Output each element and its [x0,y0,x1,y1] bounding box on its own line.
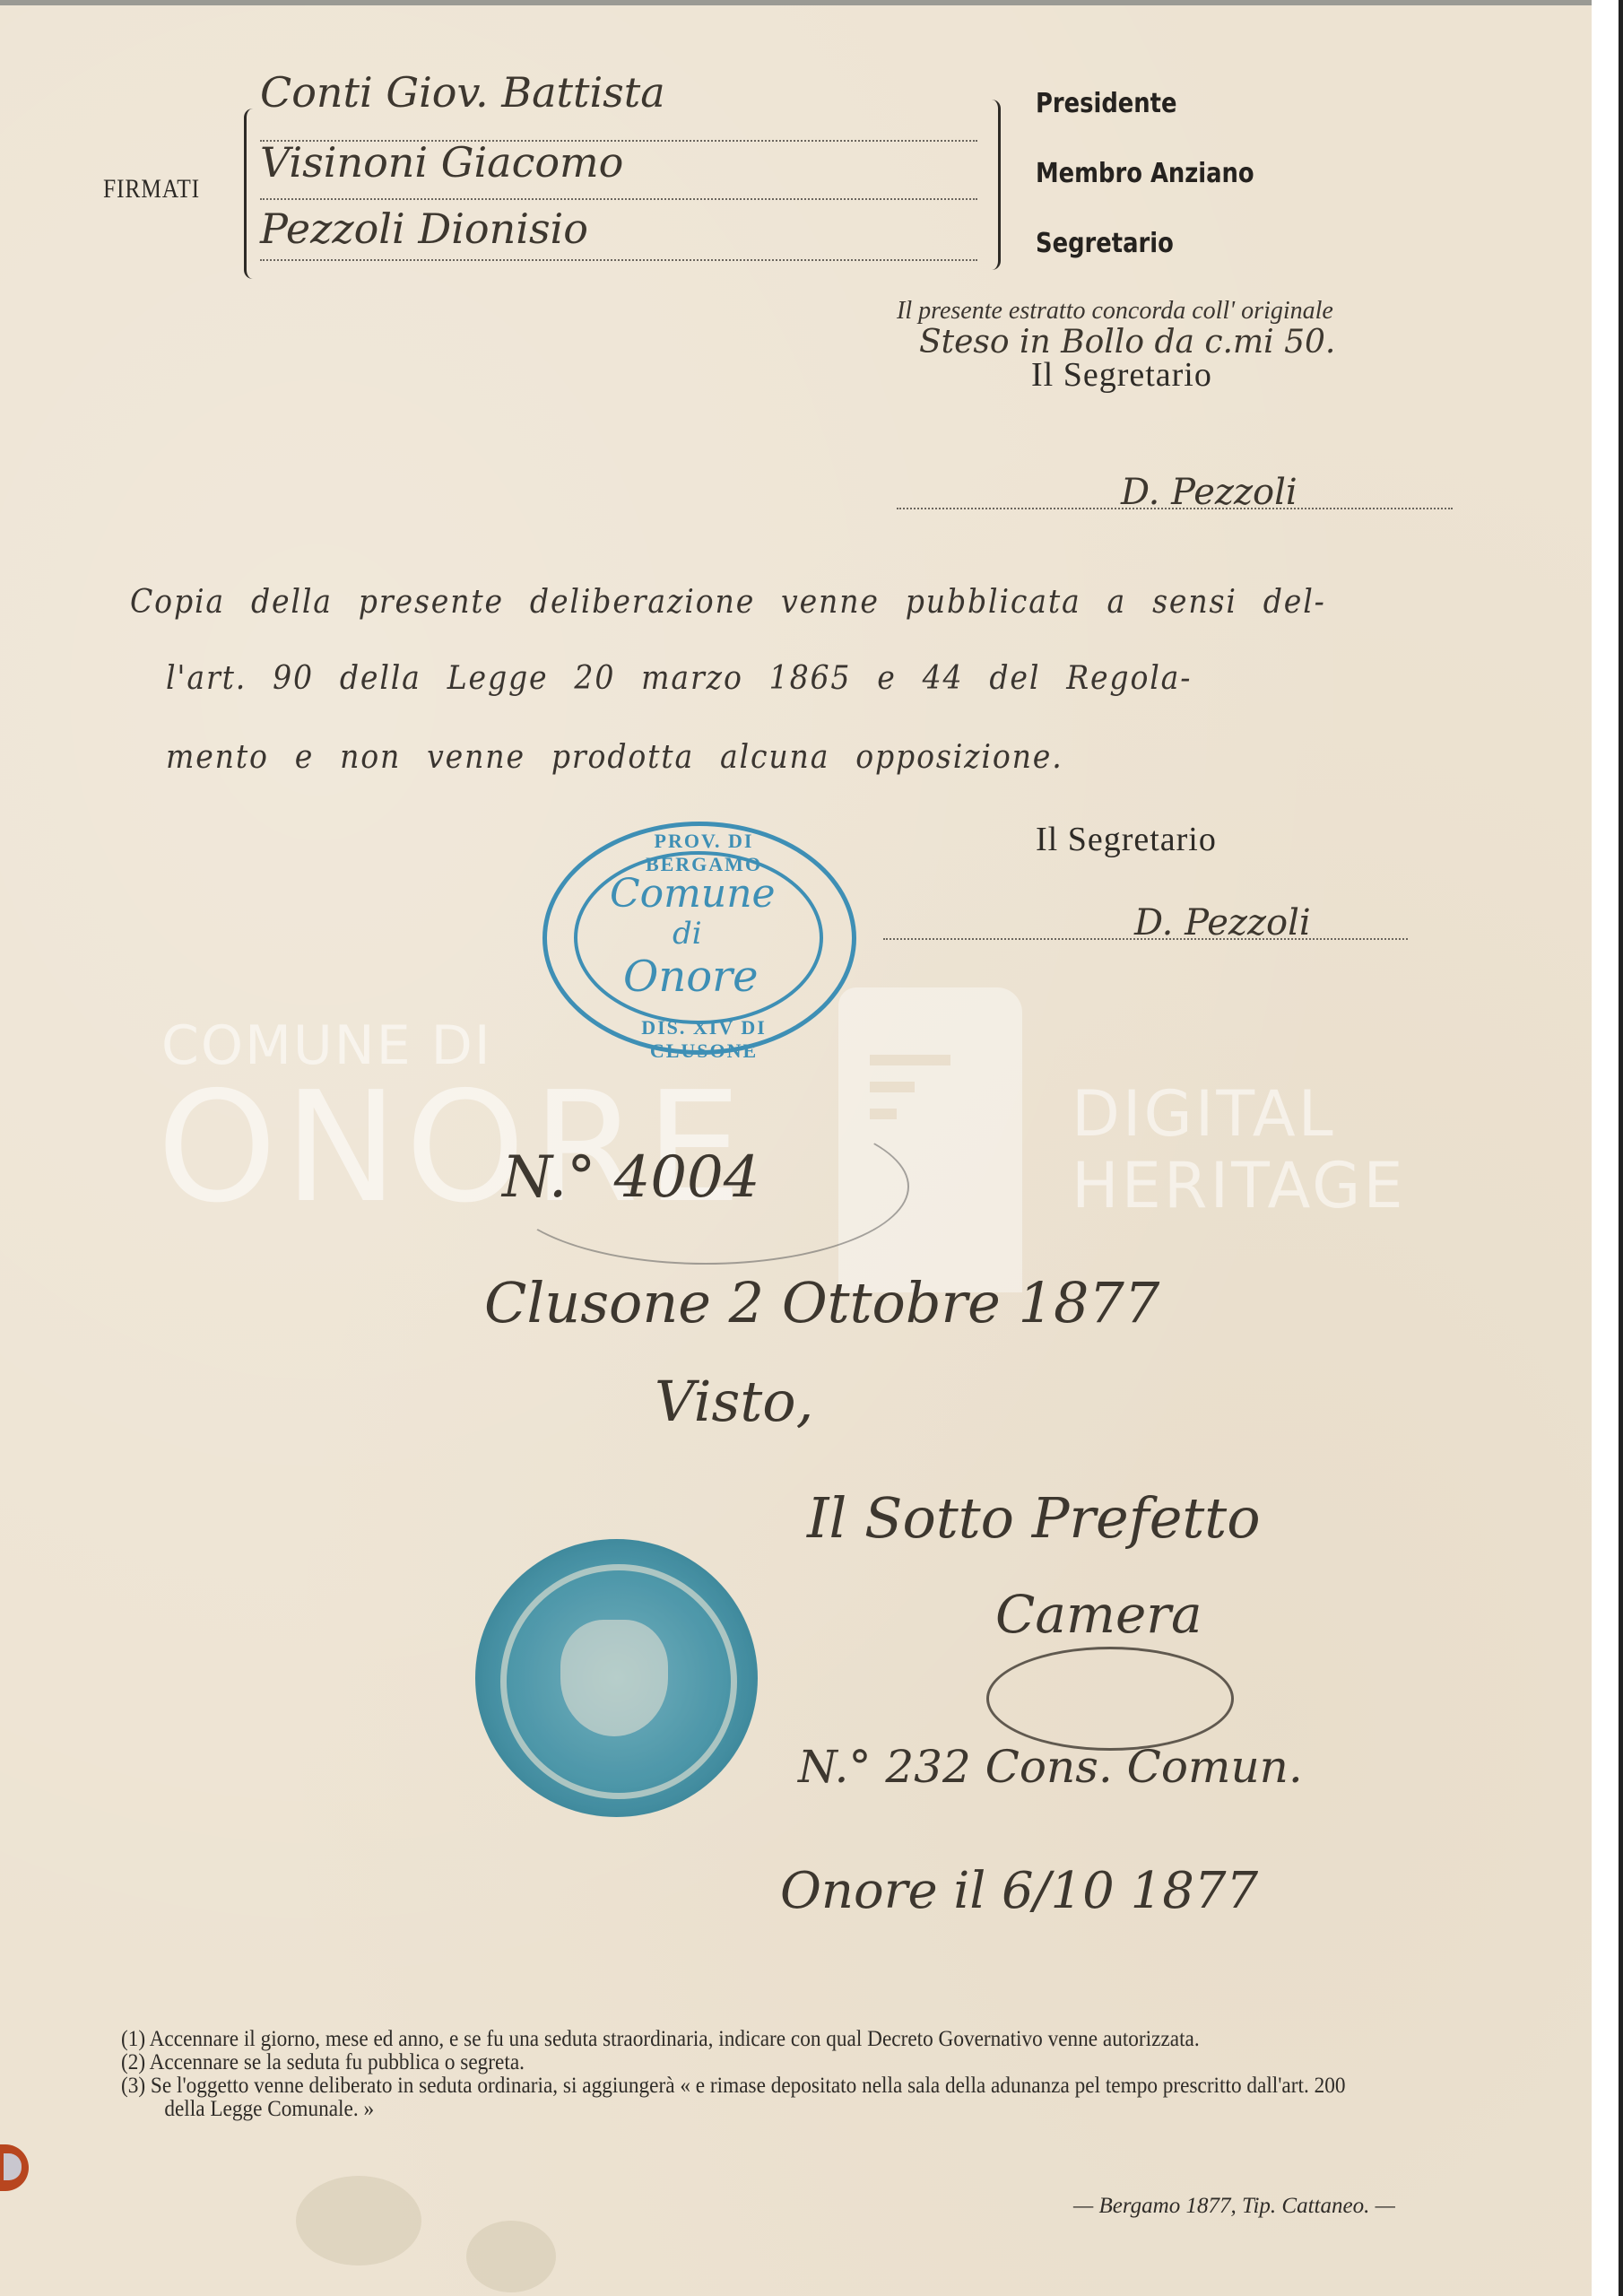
prefettura-seal-stamp [475,1539,758,1817]
stamp-center-onore: Onore [623,952,759,1002]
signature-flourish [986,1647,1234,1751]
footnote-1: (1) Accennare il giorno, mese ed anno, e… [121,2028,1389,2051]
dotted-line [897,508,1453,509]
handwritten-place-date: Clusone 2 Ottobre 1877 [484,1270,1159,1335]
role-segretario: Segretario [1036,228,1174,259]
segretario-label-2: Il Segretario [1036,820,1217,859]
extract-concordance-note: Il presente estratto concorda coll' orig… [897,297,1333,326]
dotted-line [883,938,1408,940]
watermark-digital: DIGITAL [1072,1077,1336,1151]
publication-text-line-2: l'art. 90 della Legge 20 marzo 1865 e 44… [166,660,1192,697]
prefetto-signature: Camera [995,1584,1202,1645]
dotted-line [260,198,977,200]
role-membro-anziano: Membro Anziano [1036,158,1254,189]
footnote-2: (2) Accennare se la seduta fu pubblica o… [121,2051,1389,2074]
handwritten-protocol: N.° 232 Cons. Comun. [798,1741,1303,1793]
footnotes: (1) Accennare il giorno, mese ed anno, e… [121,2028,1389,2121]
role-presidente: Presidente [1036,88,1177,119]
firmati-label: FIRMATI [103,174,200,204]
publication-text-line-3: mento e non venne prodotta alcuna opposi… [166,739,1063,776]
scan-border [1619,0,1623,2296]
comune-di-onore-stamp: PROV. DI BERGAMO Comune di Onore DIS. XI… [542,822,856,1055]
flourish-oval [502,1109,909,1265]
dotted-line [260,259,977,261]
publication-text-line-1: Copia della presente deliberazione venne… [130,584,1326,621]
segretario-label-1: Il Segretario [1031,355,1212,395]
scan-margin [1592,5,1619,2296]
paper-stain [466,2221,556,2292]
stamp-ring-top-text: PROV. DI BERGAMO [596,830,811,876]
handwritten-sotto-prefetto: Il Sotto Prefetto [807,1485,1261,1551]
left-brace [244,109,259,279]
signature-presidente: Conti Giov. Battista [260,68,665,117]
right-brace [989,100,1001,270]
signature-segretario: Pezzoli Dionisio [260,204,588,253]
stamp-center-di: di [673,916,702,952]
red-wax-mark [0,2144,29,2191]
handwritten-visto: Visto, [655,1369,813,1434]
printer-imprint: — Bergamo 1877, Tip. Cattaneo. — [1073,2194,1395,2219]
watermark-heritage: HERITAGE [1072,1149,1406,1222]
stamp-center-comune: Comune [610,871,776,917]
paper-stain [296,2176,421,2266]
stamp-ring-bottom-text: DIS. XIV DI CLUSONE [596,1016,811,1063]
footnote-3: (3) Se l'oggetto venne deliberato in sed… [121,2074,1389,2121]
document-page: FIRMATI Conti Giov. Battista Visinoni Gi… [0,5,1592,2296]
signature-membro-anziano: Visinoni Giacomo [260,138,623,187]
handwritten-date-2: Onore il 6/10 1877 [780,1862,1258,1920]
seal-emblem-icon [560,1620,668,1736]
